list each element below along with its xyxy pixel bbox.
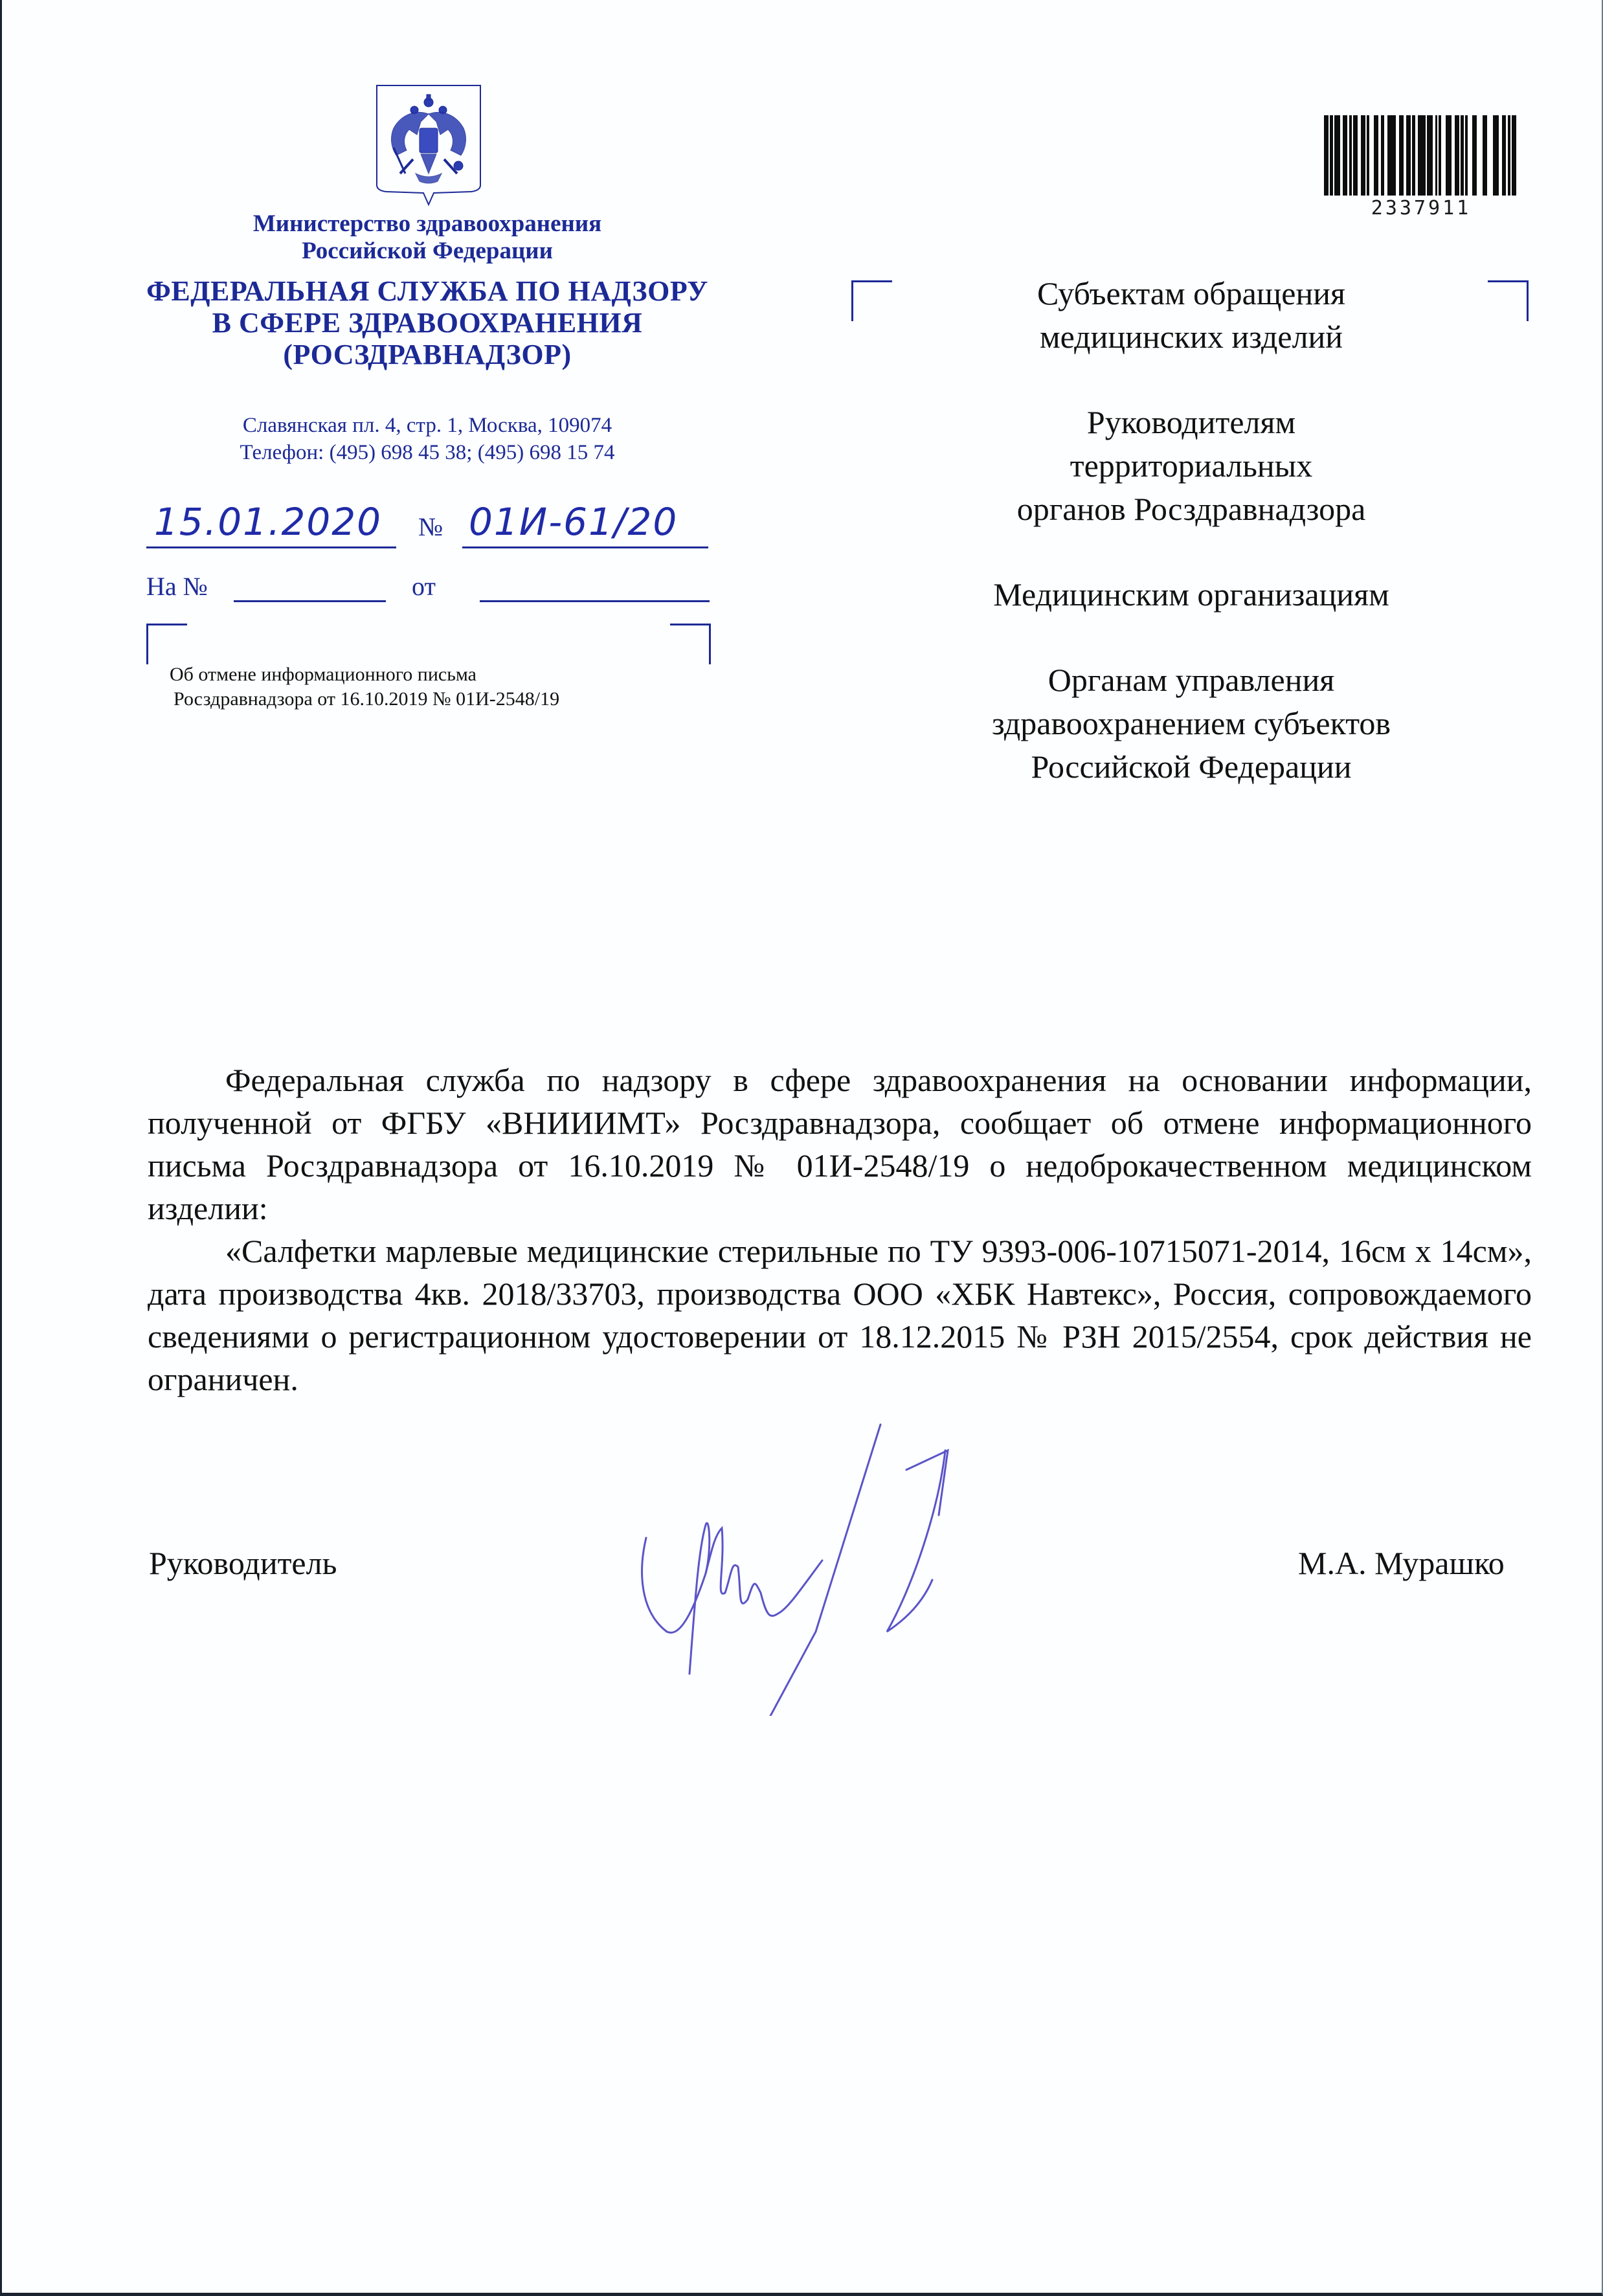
reply-reference-row: На № от <box>146 571 716 610</box>
barcode-bar <box>1361 115 1365 196</box>
barcode-bar <box>1387 115 1396 196</box>
letter-body: Федеральная служба по надзору в сфере зд… <box>148 1059 1532 1401</box>
addressees: Субъектам обращения медицинских изделий … <box>900 272 1483 831</box>
registration-row: 15.01.2020 № 01И-61/20 <box>146 492 729 557</box>
service-line-3: (РОСЗДРАВНАДЗОР) <box>129 339 725 370</box>
service-name: ФЕДЕРАЛЬНАЯ СЛУЖБА ПО НАДЗОРУ В СФЕРЕ ЗД… <box>129 275 725 370</box>
reply-number-label: На № <box>146 571 208 602</box>
addressee-line: Руководителям <box>900 401 1483 444</box>
coat-of-arms-icon <box>374 83 483 206</box>
addressee-group: Органам управления здравоохранением субъ… <box>900 658 1483 789</box>
signatory-title: Руководитель <box>149 1544 337 1582</box>
service-line-2: В СФЕРЕ ЗДРАВООХРАНЕНИЯ <box>129 307 725 339</box>
barcode-bar <box>1353 115 1358 196</box>
barcode-bar <box>1472 115 1477 196</box>
barcode-bar <box>1502 115 1507 196</box>
addressee-group: Руководителям территориальных органов Ро… <box>900 401 1483 531</box>
subject-line-2: Росздравнадзора от 16.10.2019 № 01И-2548… <box>170 687 688 712</box>
addressee-line: Медицинским организациям <box>900 573 1483 616</box>
addressee-line: медицинских изделий <box>900 315 1483 359</box>
handwritten-signature-icon <box>634 1418 997 1716</box>
address: Славянская пл. 4, стр. 1, Москва, 109074 <box>162 412 693 439</box>
barcode-space <box>1441 115 1446 196</box>
barcode-bar <box>1418 115 1425 196</box>
barcode-number: 2337911 <box>1347 197 1496 219</box>
barcode-bar <box>1427 115 1433 196</box>
barcode-bar <box>1334 115 1340 196</box>
barcode-bar <box>1512 115 1516 196</box>
barcode <box>1324 115 1518 196</box>
ministry-line-1: Министерство здравоохранения <box>168 210 686 238</box>
barcode-bar <box>1493 115 1499 196</box>
barcode-bar <box>1399 115 1404 196</box>
addressee-bracket-left <box>851 280 892 321</box>
registration-date: 15.01.2020 <box>154 500 382 544</box>
barcode-bar <box>1406 115 1411 196</box>
subject-bracket-left <box>146 624 187 664</box>
barcode-bar <box>1483 115 1487 196</box>
barcode-bar <box>1455 115 1459 196</box>
signatory-name: М.А. Мурашко <box>1298 1544 1505 1582</box>
phone: Телефон: (495) 698 45 38; (495) 698 15 7… <box>162 439 693 466</box>
addressee-group: Субъектам обращения медицинских изделий <box>900 272 1483 359</box>
addressee-line: органов Росздравнадзора <box>900 488 1483 531</box>
barcode-bar <box>1446 115 1452 196</box>
barcode-space <box>1516 115 1518 196</box>
addressee-line: Российской Федерации <box>900 745 1483 789</box>
reply-number-field <box>234 600 386 602</box>
number-underline <box>462 546 708 548</box>
date-underline <box>146 546 396 548</box>
barcode-bar <box>1374 115 1378 196</box>
registration-number: 01И-61/20 <box>469 500 678 544</box>
barcode-space <box>1468 115 1472 196</box>
contact-block: Славянская пл. 4, стр. 1, Москва, 109074… <box>162 412 693 466</box>
barcode-bar <box>1324 115 1328 196</box>
service-line-1: ФЕДЕРАЛЬНАЯ СЛУЖБА ПО НАДЗОРУ <box>129 275 725 307</box>
ministry-line-2: Российской Федерации <box>168 238 686 265</box>
reply-date-field <box>480 600 710 602</box>
subject-bracket-right <box>670 624 711 664</box>
addressee-line: территориальных <box>900 444 1483 488</box>
addressee-line: Органам управления <box>900 658 1483 702</box>
number-sign: № <box>418 512 443 542</box>
addressee-group: Медицинским организациям <box>900 573 1483 616</box>
ministry-name: Министерство здравоохранения Российской … <box>168 210 686 265</box>
addressee-line: Субъектам обращения <box>900 272 1483 315</box>
subject-line-1: Об отмене информационного письма <box>170 662 688 687</box>
barcode-space <box>1369 115 1374 196</box>
subject: Об отмене информационного письма Росздра… <box>170 662 688 712</box>
reply-date-label: от <box>412 571 436 602</box>
barcode-space <box>1477 115 1483 196</box>
addressee-line: здравоохранением субъектов <box>900 702 1483 745</box>
addressee-bracket-right <box>1488 280 1529 321</box>
barcode-space <box>1487 115 1493 196</box>
body-paragraph: Федеральная служба по надзору в сфере зд… <box>148 1059 1532 1230</box>
body-paragraph: «Салфетки марлевые медицинские стерильны… <box>148 1230 1532 1401</box>
barcode-bar <box>1343 115 1347 196</box>
